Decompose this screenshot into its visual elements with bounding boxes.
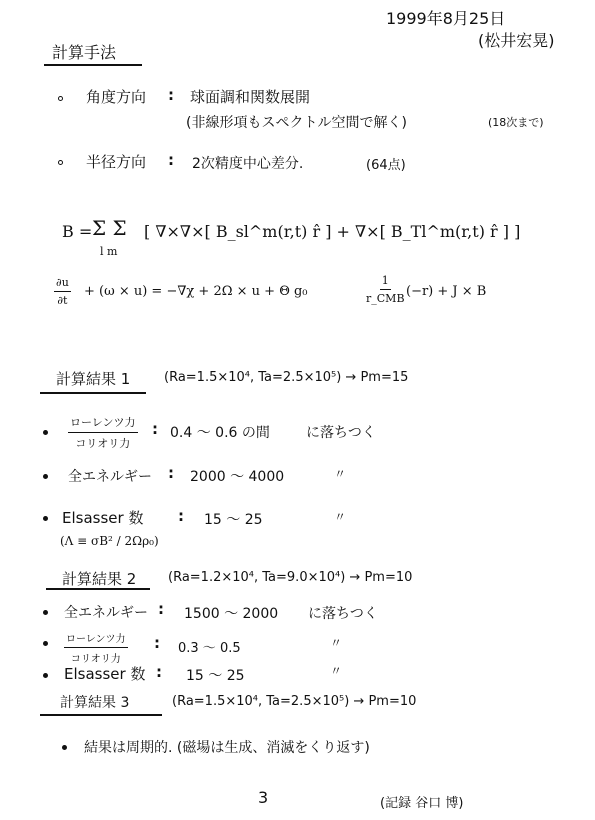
colon: : <box>178 507 184 525</box>
eq1-sums: Σ Σ <box>92 216 127 240</box>
colon: : <box>156 663 162 681</box>
result1-energy-value: 2000 〜 4000 <box>190 466 284 486</box>
radial-colon: : <box>168 151 174 169</box>
bullet-icon <box>43 474 48 479</box>
result2-energy-value: 1500 〜 2000 <box>184 603 278 623</box>
result1-ratio-note: に落ちつく <box>306 422 376 442</box>
recorder: (記録 谷口 博) <box>380 792 463 811</box>
result2-energy-label: 全エネルギー <box>64 602 148 622</box>
bullet-icon <box>43 430 48 435</box>
bullet-icon <box>43 516 48 521</box>
result3-title-underline <box>40 714 162 716</box>
coriolis-label: コリオリ力 <box>75 433 130 451</box>
eq2-time-derivative: ∂u ∂t <box>54 276 71 307</box>
result2-ratio-value: 0.3 〜 0.5 <box>178 637 241 656</box>
author: (松井宏晃) <box>478 28 555 51</box>
ditto-mark: 〃 <box>330 634 342 651</box>
ditto-mark: 〃 <box>334 465 346 482</box>
ditto-mark: 〃 <box>330 662 342 679</box>
result1-params: (Ra=1.5×10⁴, Ta=2.5×10⁵) → Pm=15 <box>164 370 408 385</box>
result2-energy-note: に落ちつく <box>308 603 378 623</box>
colon: : <box>168 464 174 482</box>
eq1-lhs: B = <box>62 222 92 241</box>
lorentz-label: ローレンツ力 <box>64 630 128 648</box>
eq2-body-part1: + (ω × u) = −∇χ + 2Ω × u + Θ g₀ <box>84 284 308 299</box>
radial-label: 半径方向 <box>86 151 146 172</box>
result3-params: (Ra=1.5×10⁴, Ta=2.5×10⁵) → Pm=10 <box>172 694 416 709</box>
angular-label: 角度方向 <box>86 86 146 107</box>
angular-note: (非線形項もスペクトル空間で解く) <box>186 112 407 132</box>
eq2-frac2-num: 1 <box>380 274 391 290</box>
circle-bullet-icon <box>58 96 63 101</box>
eq2-frac2-den: r_CMB <box>366 290 405 305</box>
lorentz-label: ローレンツ力 <box>68 414 138 433</box>
ditto-mark: 〃 <box>334 508 346 525</box>
eq2-inverse-radius: 1 r_CMB <box>366 274 405 305</box>
result1-title-underline <box>40 392 146 394</box>
angular-text: 球面調和関数展開 <box>190 86 310 107</box>
eq2-body-part2: (−r) + J × B <box>406 284 486 299</box>
colon: : <box>158 600 164 618</box>
result2-title: 計算結果 2 <box>62 568 136 589</box>
radial-text: 2次精度中心差分. <box>192 153 303 173</box>
date: 1999年8月25日 <box>386 6 505 29</box>
method-title-underline <box>44 64 142 66</box>
result1-ratio-value: 0.4 〜 0.6 の間 <box>170 422 270 442</box>
page-number: 3 <box>258 788 268 807</box>
bullet-icon <box>43 610 48 615</box>
colon: : <box>152 420 158 438</box>
result2-elsasser-label: Elsasser 数 <box>64 663 145 684</box>
eq1-body: [ ∇×∇×[ B_sl^m(r,t) r̂ ] + ∇×[ B_Tl^m(r,… <box>144 222 520 241</box>
result1-elsasser-value: 15 〜 25 <box>204 509 263 529</box>
angular-order-note: (18次まで) <box>488 114 544 130</box>
result2-elsasser-value: 15 〜 25 <box>186 665 245 685</box>
result3-conclusion: 結果は周期的. (磁場は生成、消滅をくり返す) <box>84 737 370 757</box>
lorentz-coriolis-ratio: ローレンツ力 コリオリ力 <box>64 630 128 665</box>
result1-energy-label: 全エネルギー <box>68 466 152 486</box>
elsasser-definition: (Λ ≡ σB² / 2Ωρ₀) <box>60 534 159 548</box>
angular-colon: : <box>168 86 174 104</box>
bullet-icon <box>43 673 48 678</box>
radial-note: (64点) <box>366 154 406 173</box>
result2-title-underline <box>46 588 150 590</box>
result1-elsasser-label: Elsasser 数 <box>62 507 143 528</box>
eq1-sum-indices: l m <box>100 245 117 258</box>
eq2-frac-den: ∂t <box>57 292 67 307</box>
circle-bullet-icon <box>58 160 63 165</box>
bullet-icon <box>43 641 48 646</box>
colon: : <box>154 634 160 652</box>
bullet-icon <box>62 745 67 750</box>
result1-title: 計算結果 1 <box>56 368 130 389</box>
result3-title: 計算結果 3 <box>60 692 129 712</box>
lorentz-coriolis-ratio: ローレンツ力 コリオリ力 <box>68 414 138 451</box>
method-title: 計算手法 <box>52 40 116 63</box>
result2-params: (Ra=1.2×10⁴, Ta=9.0×10⁴) → Pm=10 <box>168 570 412 585</box>
eq2-frac-num: ∂u <box>54 276 71 292</box>
